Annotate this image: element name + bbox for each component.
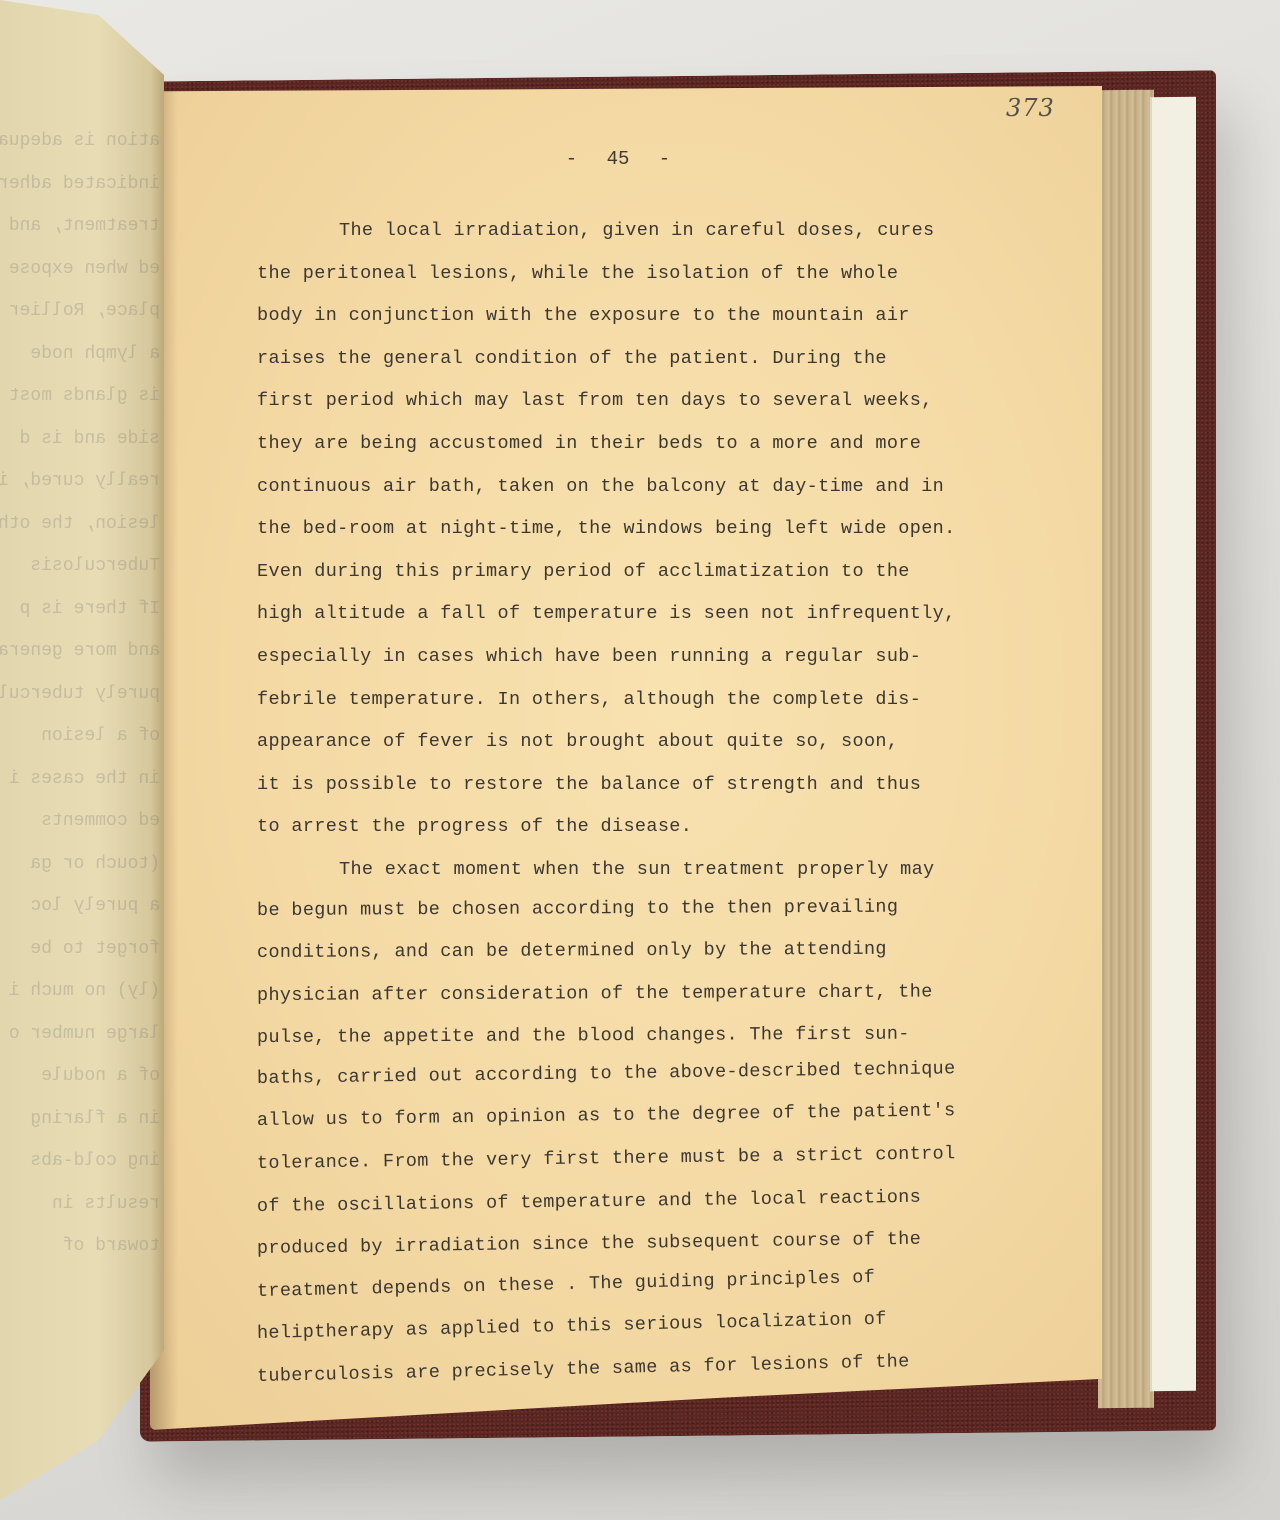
bleedthrough-line: side and is d — [0, 418, 160, 461]
text-line: to arrest the progress of the disease. — [257, 806, 1037, 849]
bleedthrough-line: (ly) no much i — [0, 970, 160, 1013]
bleedthrough-text: ation is adequateindicated adheretreatme… — [0, 120, 160, 1268]
bleedthrough-line: ing cold-abs — [0, 1140, 160, 1183]
endpaper — [1150, 97, 1196, 1391]
bleedthrough-line: really cured, il — [0, 460, 160, 503]
bleedthrough-line: forget to be — [0, 928, 160, 971]
page-block-edges — [1098, 90, 1154, 1409]
bleedthrough-line: ed when expose — [0, 248, 160, 291]
text-line: raises the general condition of the pati… — [257, 338, 1037, 381]
bleedthrough-line: toward of — [0, 1225, 160, 1268]
bleedthrough-line: If there is p — [0, 588, 160, 631]
bleedthrough-line: in the cases i — [0, 758, 160, 801]
text-line: high altitude a fall of temperature is s… — [257, 593, 1037, 636]
bleedthrough-line: of a nodule — [0, 1055, 160, 1098]
left-page-curl: ation is adequateindicated adheretreatme… — [0, 0, 164, 1500]
text-line: the peritoneal lesions, while the isolat… — [257, 253, 1037, 296]
text-line: Even during this primary period of accli… — [257, 551, 1037, 594]
text-line: especially in cases which have been runn… — [257, 636, 1037, 679]
bleedthrough-line: place, Rollier — [0, 290, 160, 333]
text-line: body in conjunction with the exposure to… — [257, 295, 1037, 338]
text-line: it is possible to restore the balance of… — [257, 764, 1037, 807]
bleedthrough-line: treatment, and — [0, 205, 160, 248]
text-line: conditions, and can be determined only b… — [257, 928, 1037, 975]
bleedthrough-line: is glands most — [0, 375, 160, 418]
folio-number: 373 — [1006, 94, 1055, 122]
bleedthrough-line: purely tubercul — [0, 673, 160, 716]
bleedthrough-line: indicated adhere — [0, 163, 160, 206]
body-text: The local irradiation, given in careful … — [257, 210, 1037, 1403]
text-line: continuous air bath, taken on the balcon… — [257, 466, 1037, 509]
bleedthrough-line: in a flaring — [0, 1098, 160, 1141]
bleedthrough-line: (touch or ga — [0, 843, 160, 886]
text-line: The exact moment when the sun treatment … — [257, 849, 1037, 892]
bleedthrough-line: large number o — [0, 1013, 160, 1056]
bleedthrough-line: of a lesion — [0, 715, 160, 758]
text-line: febrile temperature. In others, although… — [257, 679, 1037, 722]
text-line: they are being accustomed in their beds … — [257, 423, 1037, 466]
bleedthrough-line: ation is adequate — [0, 120, 160, 163]
bleedthrough-line: a purely loc — [0, 885, 160, 928]
text-line: the bed-room at night-time, the windows … — [257, 508, 1037, 551]
bleedthrough-line: lesion, the othe — [0, 503, 160, 546]
text-line: physician after consideration of the tem… — [257, 971, 1037, 1018]
page-number: - 45 - — [538, 148, 698, 170]
text-line: appearance of fever is not brought about… — [257, 721, 1037, 764]
bleedthrough-line: ed comments — [0, 800, 160, 843]
text-line: be begun must be chosen according to the… — [257, 885, 1037, 932]
text-line: The local irradiation, given in careful … — [257, 210, 1037, 253]
bleedthrough-line: a lymph node — [0, 333, 160, 376]
bleedthrough-line: and more genera — [0, 630, 160, 673]
text-line: first period which may last from ten day… — [257, 380, 1037, 423]
bleedthrough-line: results in — [0, 1183, 160, 1226]
bleedthrough-line: Tuberculosis — [0, 545, 160, 588]
